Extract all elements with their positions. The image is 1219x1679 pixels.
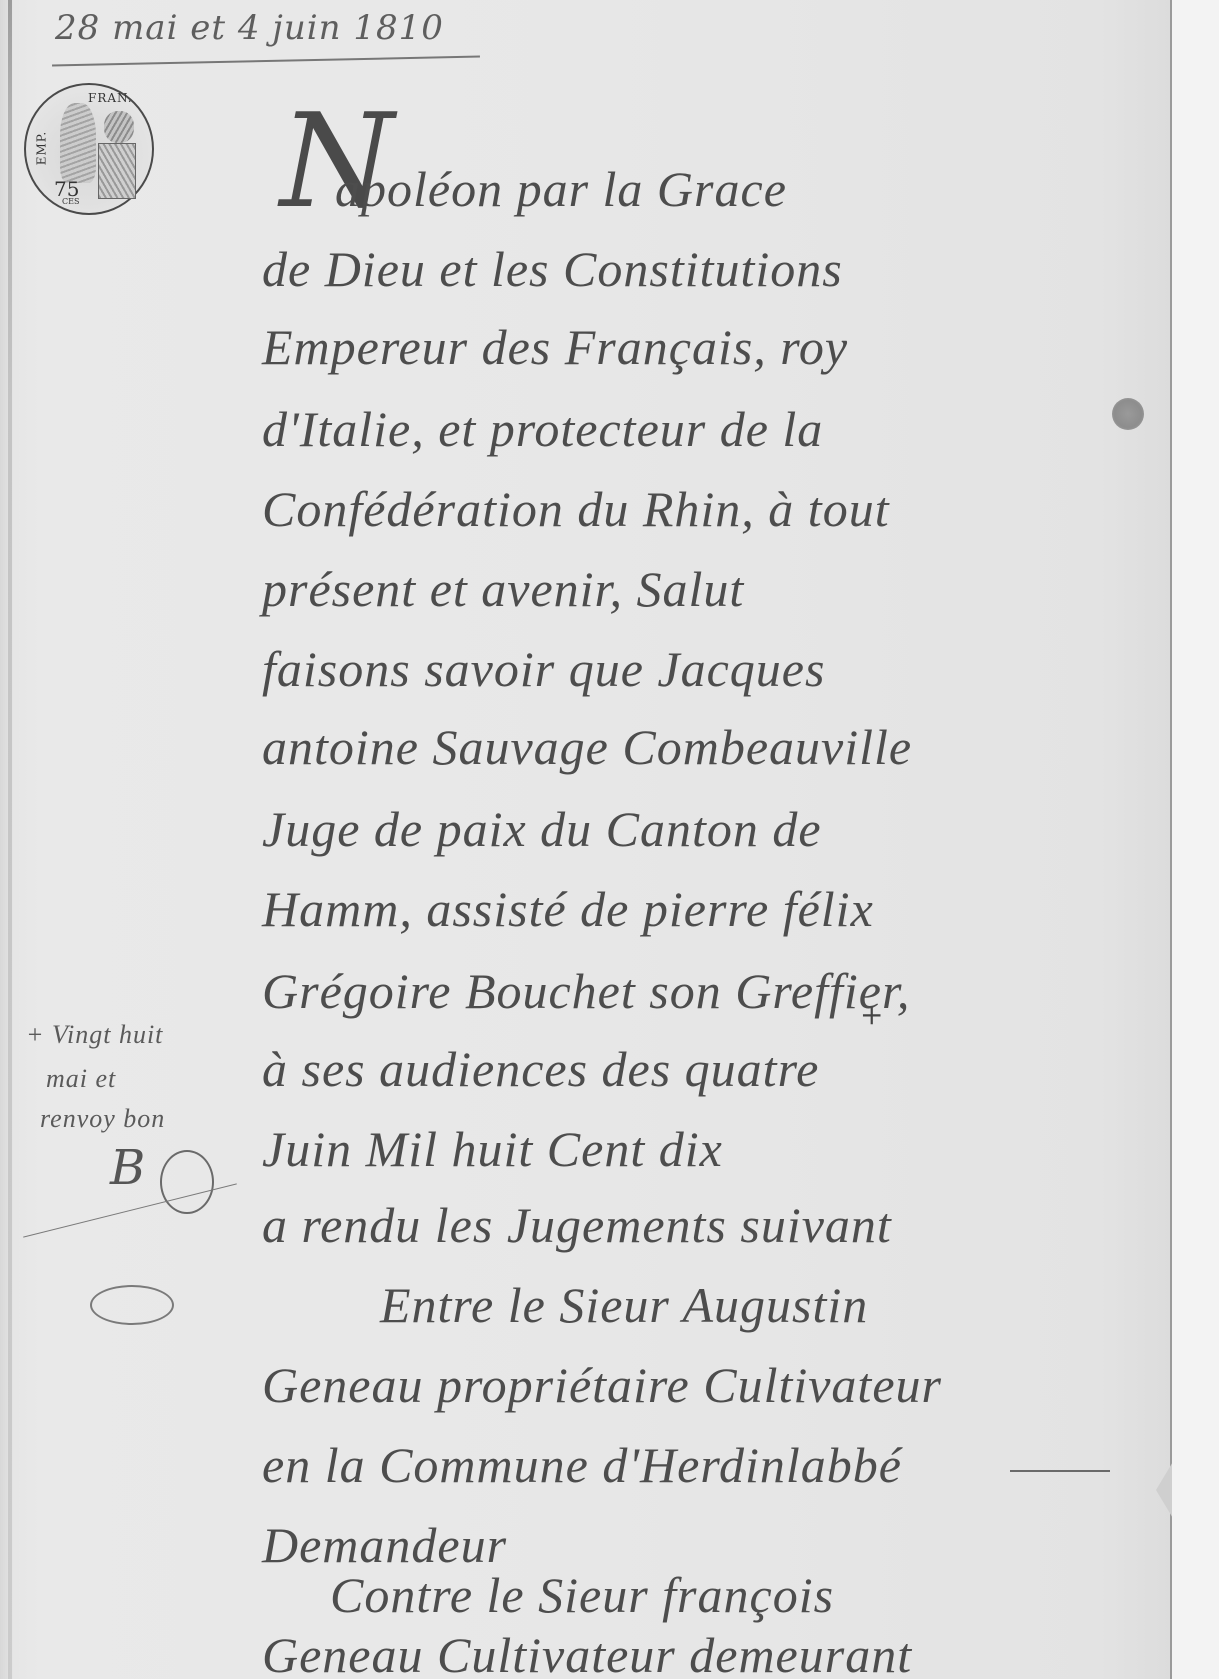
body-line: en la Commune d'Herdinlabbé — [262, 1436, 902, 1494]
body-line: Confédération du Rhin, à tout — [262, 480, 890, 538]
body-line: Grégoire Bouchet son Greffier, — [262, 962, 910, 1020]
header-date: 28 mai et 4 juin 1810 — [55, 8, 444, 48]
margin-note-line: renvoy bon — [40, 1104, 165, 1134]
stamp-seated-figure-icon — [60, 103, 96, 183]
margin-note-line: + Vingt huit — [26, 1020, 163, 1050]
stamp-text-left: EMP. — [34, 131, 48, 166]
insertion-mark: + — [860, 998, 884, 1031]
body-line: présent et avenir, Salut — [262, 560, 744, 618]
body-line: Juin Mil huit Cent dix — [262, 1120, 723, 1178]
body-line: Empereur des Français, roy — [262, 318, 848, 376]
body-line: a rendu les Jugements suivant — [262, 1196, 892, 1254]
body-line: à ses audiences des quatre — [262, 1040, 819, 1098]
scan-background — [1172, 0, 1219, 1679]
revenue-stamp: FRAN. EMP. 75 CES — [24, 83, 154, 215]
body-line: Geneau Cultivateur demeurant — [262, 1626, 912, 1679]
margin-note-line: mai et — [46, 1064, 116, 1094]
line-filler-rule — [1010, 1470, 1110, 1472]
body-line: Contre le Sieur françois — [330, 1566, 834, 1624]
body-line: antoine Sauvage Combeauville — [262, 718, 912, 776]
body-line: Hamm, assisté de pierre félix — [262, 880, 874, 938]
body-line: d'Italie, et protecteur de la — [262, 400, 823, 458]
margin-initials: B — [110, 1140, 146, 1196]
stamp-text-top: FRAN. — [88, 91, 133, 105]
header-underline — [52, 56, 480, 67]
body-line: faisons savoir que Jacques — [262, 640, 825, 698]
paraph-flourish — [90, 1285, 174, 1325]
body-line: Entre le Sieur Augustin — [380, 1276, 868, 1334]
paper-stain — [1112, 398, 1144, 430]
document-page: 28 mai et 4 juin 1810 FRAN. EMP. 75 CES … — [0, 0, 1172, 1679]
body-line: apoléon par la Grace — [335, 160, 787, 218]
body-line: Geneau propriétaire Cultivateur — [262, 1356, 942, 1414]
signature-flourish — [160, 1150, 214, 1214]
body-line: Juge de paix du Canton de — [262, 800, 822, 858]
stamp-unit: CES — [62, 197, 79, 206]
binding-edge — [8, 0, 12, 1679]
body-line: de Dieu et les Constitutions — [262, 240, 843, 298]
stamp-eagle-icon — [98, 143, 136, 199]
stamp-bust-icon — [104, 111, 134, 143]
